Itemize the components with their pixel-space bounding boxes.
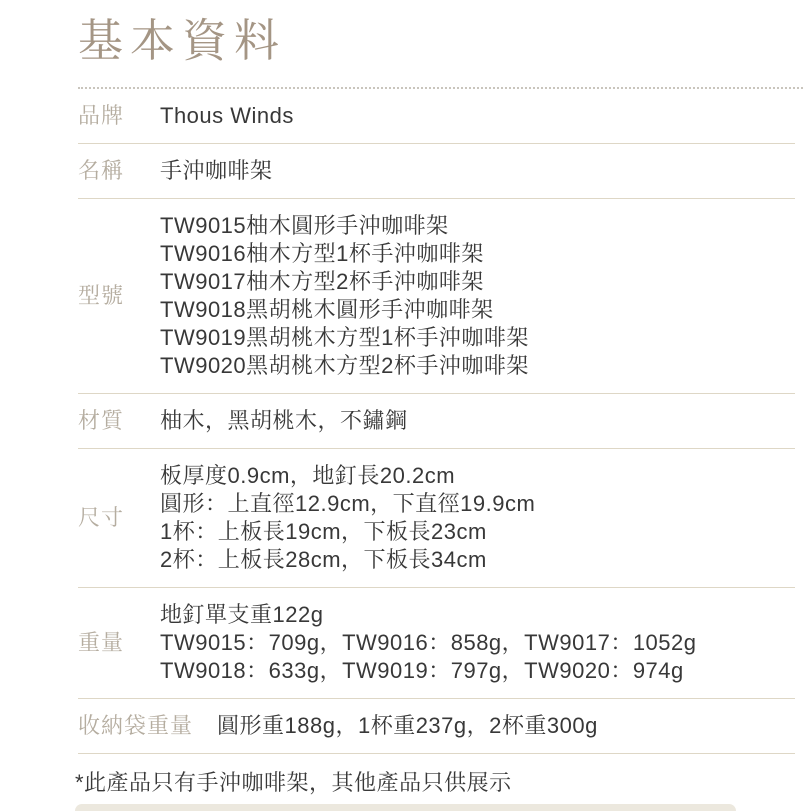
product-spec-sheet: 基本資料 品牌 Thous Winds 名稱 手沖咖啡架 型號 TW9015柚木…: [0, 0, 810, 811]
spec-row: 尺寸 板厚度0.9cm，地釘長20.2cm圓形：上直徑12.9cm，下直徑19.…: [78, 449, 795, 588]
spec-value-line: 圓形重188g，1杯重237g，2杯重300g: [217, 712, 598, 740]
spec-row: 材質 柚木，黑胡桃木，不鏽鋼: [78, 394, 795, 449]
spec-row-label: 收納袋重量: [78, 712, 217, 740]
footnote: *此產品只有手沖咖啡架，其他產品只供展示: [75, 754, 795, 797]
spec-value-line: TW9018：633g，TW9019：797g，TW9020：974g: [160, 657, 697, 685]
spec-row-value: 手沖咖啡架: [160, 157, 273, 185]
spec-row: 收納袋重量 圓形重188g，1杯重237g，2杯重300g: [78, 699, 795, 754]
spec-value-line: Thous Winds: [160, 102, 294, 130]
spec-row-value: 地釘單支重122gTW9015：709g，TW9016：858g，TW9017：…: [160, 601, 697, 685]
page-title: 基本資料: [78, 16, 795, 66]
spec-row-value: TW9015柚木圓形手沖咖啡架TW9016柚木方型1杯手沖咖啡架TW9017柚木…: [160, 212, 529, 380]
spec-value-line: 2杯：上板長28cm，下板長34cm: [160, 546, 535, 574]
spec-value-line: TW9015：709g，TW9016：858g，TW9017：1052g: [160, 629, 697, 657]
spec-value-line: 板厚度0.9cm，地釘長20.2cm: [160, 462, 535, 490]
spec-value-line: TW9020黑胡桃木方型2杯手沖咖啡架: [160, 352, 529, 380]
spec-value-line: TW9017柚木方型2杯手沖咖啡架: [160, 268, 529, 296]
spec-row: 名稱 手沖咖啡架: [78, 144, 795, 199]
spec-row: 型號 TW9015柚木圓形手沖咖啡架TW9016柚木方型1杯手沖咖啡架TW901…: [78, 199, 795, 394]
spec-row-label: 品牌: [78, 102, 160, 130]
spec-row-label: 名稱: [78, 157, 160, 185]
spec-value-line: TW9018黑胡桃木圓形手沖咖啡架: [160, 296, 529, 324]
spec-row-label: 材質: [78, 407, 160, 435]
spec-value-line: 柚木，黑胡桃木，不鏽鋼: [160, 407, 408, 435]
spec-value-line: 地釘單支重122g: [160, 601, 697, 629]
spec-value-line: TW9015柚木圓形手沖咖啡架: [160, 212, 529, 240]
spec-value-line: 1杯：上板長19cm，下板長23cm: [160, 518, 535, 546]
spec-row: 品牌 Thous Winds: [78, 89, 795, 144]
spec-table: 品牌 Thous Winds 名稱 手沖咖啡架 型號 TW9015柚木圓形手沖咖…: [78, 89, 795, 754]
spec-row-value: 圓形重188g，1杯重237g，2杯重300g: [217, 712, 598, 740]
spec-row-value: 柚木，黑胡桃木，不鏽鋼: [160, 407, 408, 435]
spec-value-line: TW9016柚木方型1杯手沖咖啡架: [160, 240, 529, 268]
spec-row-value: Thous Winds: [160, 102, 294, 130]
spec-value-line: TW9019黑胡桃木方型1杯手沖咖啡架: [160, 324, 529, 352]
spec-row: 重量 地釘單支重122gTW9015：709g，TW9016：858g，TW90…: [78, 588, 795, 699]
next-section-bar: [75, 804, 736, 811]
spec-row-value: 板厚度0.9cm，地釘長20.2cm圓形：上直徑12.9cm，下直徑19.9cm…: [160, 462, 535, 574]
spec-row-label: 尺寸: [78, 504, 160, 532]
spec-value-line: 手沖咖啡架: [160, 157, 273, 185]
spec-row-label: 型號: [78, 282, 160, 310]
spec-value-line: 圓形：上直徑12.9cm，下直徑19.9cm: [160, 490, 535, 518]
spec-row-label: 重量: [78, 629, 160, 657]
